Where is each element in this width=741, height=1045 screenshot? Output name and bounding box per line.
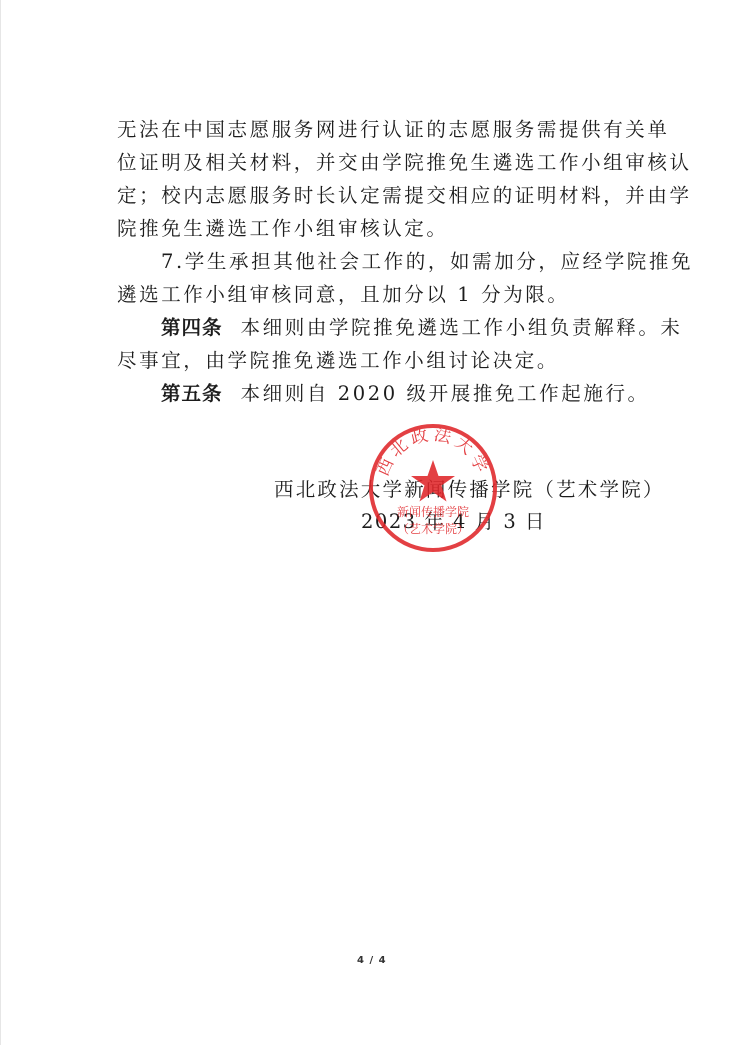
signature-date: 2023 年 4 月 3 日 [361,510,546,534]
item-7-line-2: 遴选工作小组审核同意，且加分以 1 分为限。 [117,283,570,307]
item-7-line-1: 7.学生承担其他社会工作的，如需加分，应经学院推免 [161,250,693,274]
article-5-label: 第五条 [161,382,223,405]
paragraph-1-line-3: 定；校内志愿服务时长认定需提交相应的证明材料，并由学 [117,184,692,208]
article-4-line-1: 第四条本细则由学院推免遴选工作小组负责解释。未 [161,316,683,340]
paragraph-1-line-4: 院推免生遴选工作小组审核认定。 [117,217,449,241]
seal-outer-text: 西北政法大学 [373,425,493,479]
paragraph-1-line-2: 位证明及相关材料，并交由学院推免生遴选工作小组审核认 [117,151,692,175]
article-5-line-1: 第五条本细则自 2020 级开展推免工作起施行。 [161,382,650,406]
article-5-text: 本细则自 2020 级开展推免工作起施行。 [241,382,650,405]
paragraph-1-line-1: 无法在中国志愿服务网进行认证的志愿服务需提供有关单 [117,118,670,142]
signature-organization: 西北政法大学新闻传播学院（艺术学院） [274,478,665,502]
article-4-line-2: 尽事宜，由学院推免遴选工作小组讨论决定。 [117,349,559,373]
article-4-label: 第四条 [161,316,223,339]
document-page: 无法在中国志愿服务网进行认证的志愿服务需提供有关单 位证明及相关材料，并交由学院… [0,0,741,1045]
page-number: 4 / 4 [357,955,387,966]
article-4-text: 本细则由学院推免遴选工作小组负责解释。未 [241,316,683,339]
